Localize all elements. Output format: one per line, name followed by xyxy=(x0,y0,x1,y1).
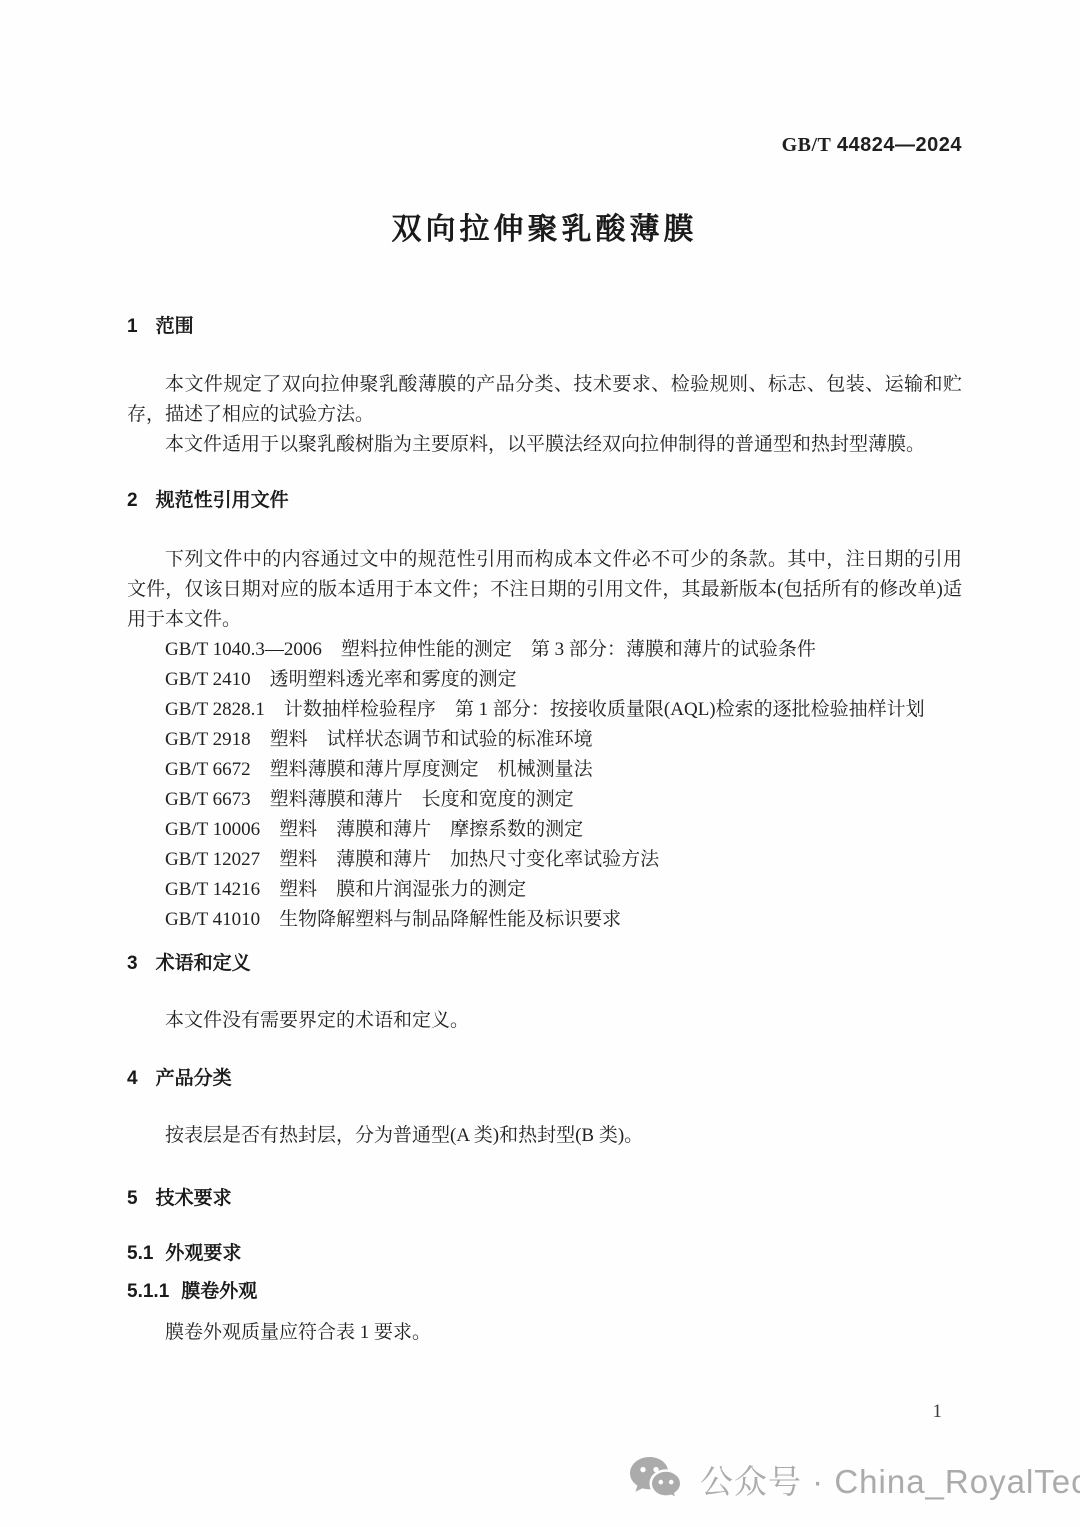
paragraph: 本文件规定了双向拉伸聚乳酸薄膜的产品分类、技术要求、检验规则、标志、包装、运输和… xyxy=(127,370,962,430)
page-number: 1 xyxy=(933,1401,943,1423)
standard-code: GB/T 44824—2024 xyxy=(127,133,962,157)
section-heading-5-1: 5.1外观要求 xyxy=(127,1242,962,1266)
paragraph: 本文件适用于以聚乳酸树脂为主要原料，以平膜法经双向拉伸制得的普通型和热封型薄膜。 xyxy=(127,430,962,460)
wechat-icon xyxy=(628,1455,686,1503)
section-title: 技术要求 xyxy=(156,1188,232,1209)
section-number: 1 xyxy=(127,315,138,339)
watermark: 公众号 · China_RoyalTech xyxy=(628,1455,1080,1503)
section-title: 术语和定义 xyxy=(156,953,251,974)
reference-item: GB/T 6672 塑料薄膜和薄片厚度测定 机械测量法 xyxy=(127,755,962,785)
reference-item: GB/T 14216 塑料 膜和片润湿张力的测定 xyxy=(127,875,962,905)
standard-code-prefix: GB/T xyxy=(782,134,832,156)
reference-item: GB/T 41010 生物降解塑料与制品降解性能及标识要求 xyxy=(127,905,962,935)
reference-item: GB/T 2410 透明塑料透光率和雾度的测定 xyxy=(127,665,962,695)
reference-item: GB/T 10006 塑料 薄膜和薄片 摩擦系数的测定 xyxy=(127,815,962,845)
reference-item: GB/T 2828.1 计数抽样检验程序 第 1 部分：按接收质量限(AQL)检… xyxy=(127,695,962,725)
section-number: 5.1.1 xyxy=(127,1280,169,1304)
paragraph: 本文件没有需要界定的术语和定义。 xyxy=(127,1006,962,1036)
section-number: 3 xyxy=(127,952,138,976)
section-title: 外观要求 xyxy=(165,1243,241,1264)
section-heading-1: 1范围 xyxy=(127,315,962,339)
paragraph: 膜卷外观质量应符合表 1 要求。 xyxy=(127,1318,962,1348)
section-number: 5.1 xyxy=(127,1242,153,1266)
section-heading-2: 2规范性引用文件 xyxy=(127,489,962,513)
section-title: 产品分类 xyxy=(156,1068,232,1089)
document-title: 双向拉伸聚乳酸薄膜 xyxy=(127,212,962,248)
paragraph: 下列文件中的内容通过文中的规范性引用而构成本文件必不可少的条款。其中，注日期的引… xyxy=(127,545,962,635)
watermark-text: 公众号 · China_RoyalTech xyxy=(700,1456,1080,1503)
reference-item: GB/T 2918 塑料 试样状态调节和试验的标准环境 xyxy=(127,725,962,755)
reference-item: GB/T 1040.3—2006 塑料拉伸性能的测定 第 3 部分：薄膜和薄片的… xyxy=(127,635,962,665)
standard-code-number: 44824—2024 xyxy=(837,134,962,156)
section-title: 膜卷外观 xyxy=(181,1281,257,1302)
section-heading-5-1-1: 5.1.1膜卷外观 xyxy=(127,1280,962,1304)
section-heading-3: 3术语和定义 xyxy=(127,952,962,976)
section-number: 2 xyxy=(127,489,138,513)
references-list: GB/T 1040.3—2006 塑料拉伸性能的测定 第 3 部分：薄膜和薄片的… xyxy=(127,635,962,935)
section-number: 4 xyxy=(127,1067,138,1091)
reference-item: GB/T 6673 塑料薄膜和薄片 长度和宽度的测定 xyxy=(127,785,962,815)
section-heading-4: 4产品分类 xyxy=(127,1067,962,1091)
section-number: 5 xyxy=(127,1187,138,1211)
section-title: 范围 xyxy=(156,316,194,337)
document-page: GB/T 44824—2024 双向拉伸聚乳酸薄膜 1范围 本文件规定了双向拉伸… xyxy=(0,0,1080,1527)
paragraph: 按表层是否有热封层，分为普通型(A 类)和热封型(B 类)。 xyxy=(127,1121,962,1151)
section-title: 规范性引用文件 xyxy=(156,490,289,511)
section-heading-5: 5技术要求 xyxy=(127,1187,962,1211)
reference-item: GB/T 12027 塑料 薄膜和薄片 加热尺寸变化率试验方法 xyxy=(127,845,962,875)
